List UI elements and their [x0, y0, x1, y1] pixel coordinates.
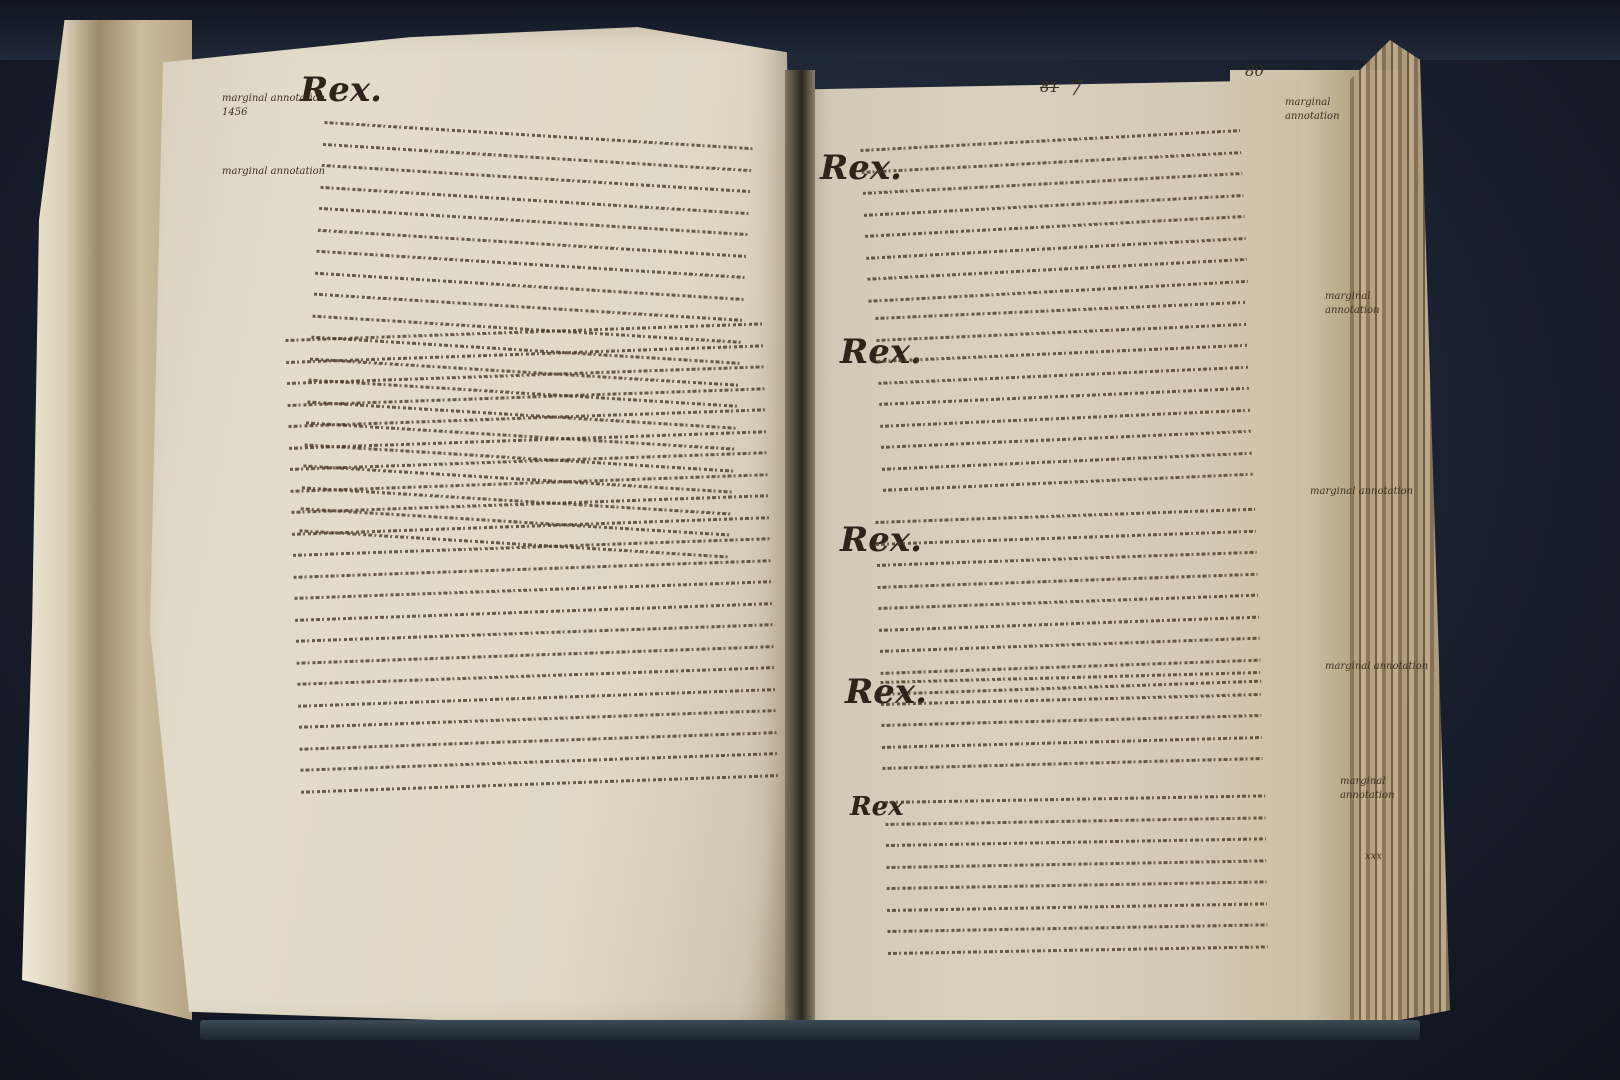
folio-number: 80 [1245, 62, 1264, 80]
folio-number-old: 7 [1070, 76, 1083, 100]
book-stand [200, 1020, 1420, 1040]
right-entry-text [880, 662, 1263, 779]
book-gutter [785, 70, 815, 1030]
left-margin-note: marginal annotation [222, 165, 332, 179]
left-margin-note: marginal annotation 1456 [222, 92, 332, 120]
right-entry-text [860, 120, 1248, 312]
right-entry-text [875, 292, 1253, 501]
right-margin-note: marginal annotation [1340, 775, 1440, 803]
right-margin-note: xxx [1365, 850, 1382, 864]
right-page-edges [1350, 40, 1450, 1030]
manuscript-book: Rex. marginal annotation 1456 marginal a… [0, 0, 1620, 1080]
right-margin-note: marginal annotation [1325, 660, 1435, 674]
right-margin-note: marginal annotation [1325, 290, 1385, 318]
right-margin-note: marginal annotation [1310, 485, 1420, 499]
left-page-text-block-lower [285, 313, 781, 802]
right-margin-note: marginal annotation [1285, 96, 1380, 124]
folio-number-struck: 81 [1040, 78, 1059, 96]
right-entry-text [885, 785, 1268, 964]
